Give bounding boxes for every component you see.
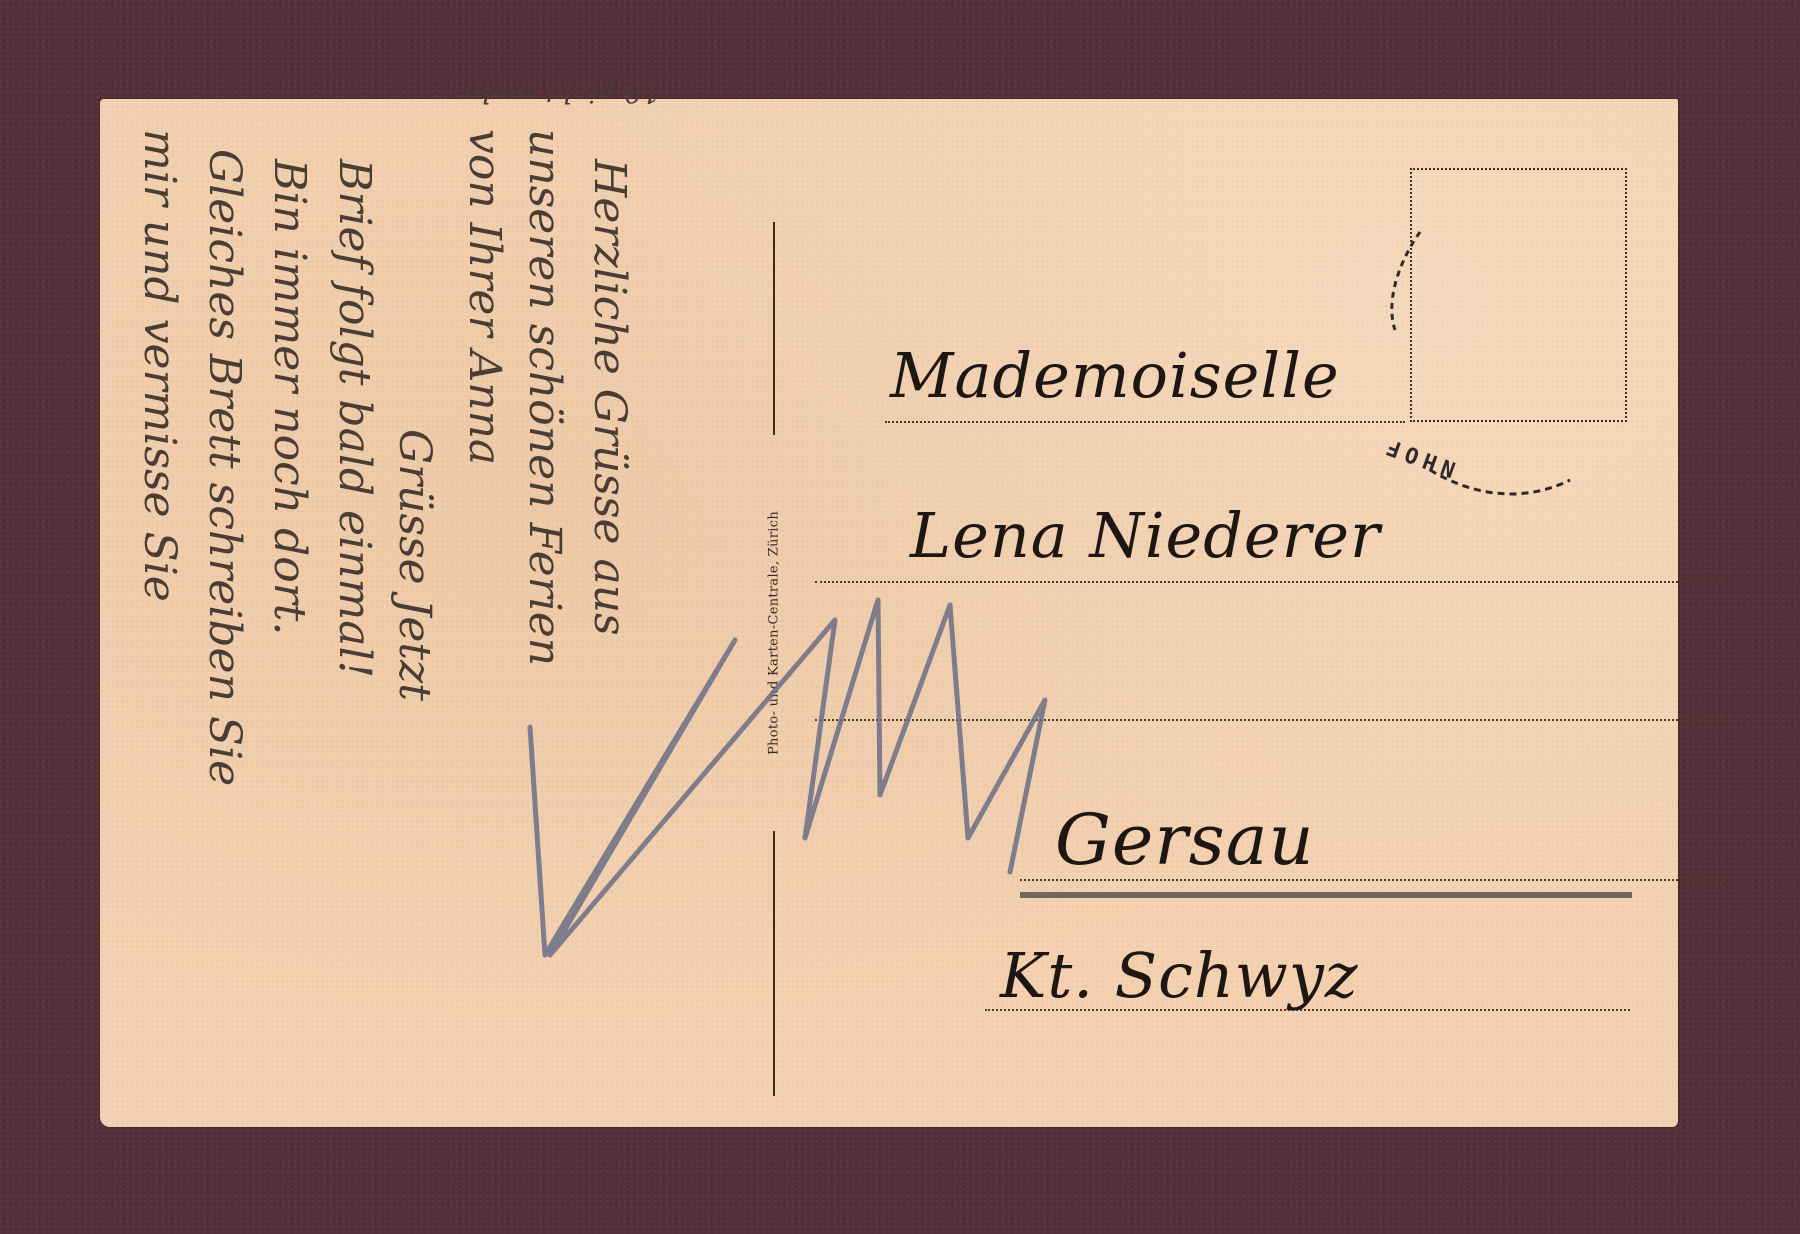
pencil-scribble	[0, 0, 1800, 1234]
